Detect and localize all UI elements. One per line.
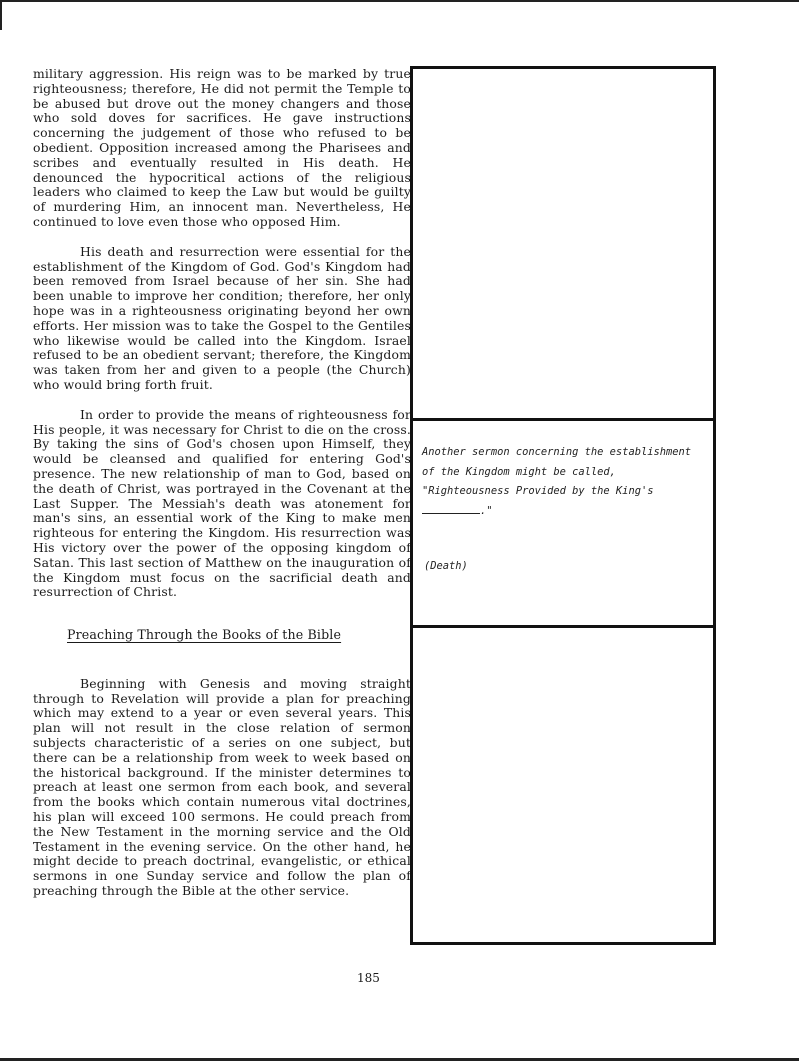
page-edge-top (0, 0, 799, 2)
page-edge-bottom (0, 1058, 799, 1061)
notes-panel-bottom (413, 625, 713, 942)
paragraph-death-and-resurrection: His death and resurrection were essentia… (33, 245, 411, 393)
section-heading: Preaching Through the Books of the Bible (67, 628, 341, 643)
notes-panel-question: Another sermon concerning the establishm… (413, 418, 713, 626)
page-edge-left (0, 0, 2, 30)
prompt-text: Another sermon concerning the establishm… (422, 446, 691, 497)
prompt-closing: ." (480, 505, 493, 517)
fill-in-prompt: Another sermon concerning the establishm… (422, 443, 706, 521)
main-text-column: military aggression. His reign was to be… (33, 67, 411, 899)
page-number: 185 (357, 971, 380, 985)
paragraph-genesis-to-revelation: Beginning with Genesis and moving straig… (33, 677, 411, 899)
answer-blank (422, 503, 480, 514)
notes-panel-top (413, 69, 713, 415)
study-notes-box: Another sermon concerning the establishm… (410, 66, 716, 945)
paragraph-means-of-righteousness: In order to provide the means of righteo… (33, 408, 411, 600)
answer-key: (Death) (424, 560, 468, 572)
paragraph-military-aggression: military aggression. His reign was to be… (33, 67, 411, 230)
